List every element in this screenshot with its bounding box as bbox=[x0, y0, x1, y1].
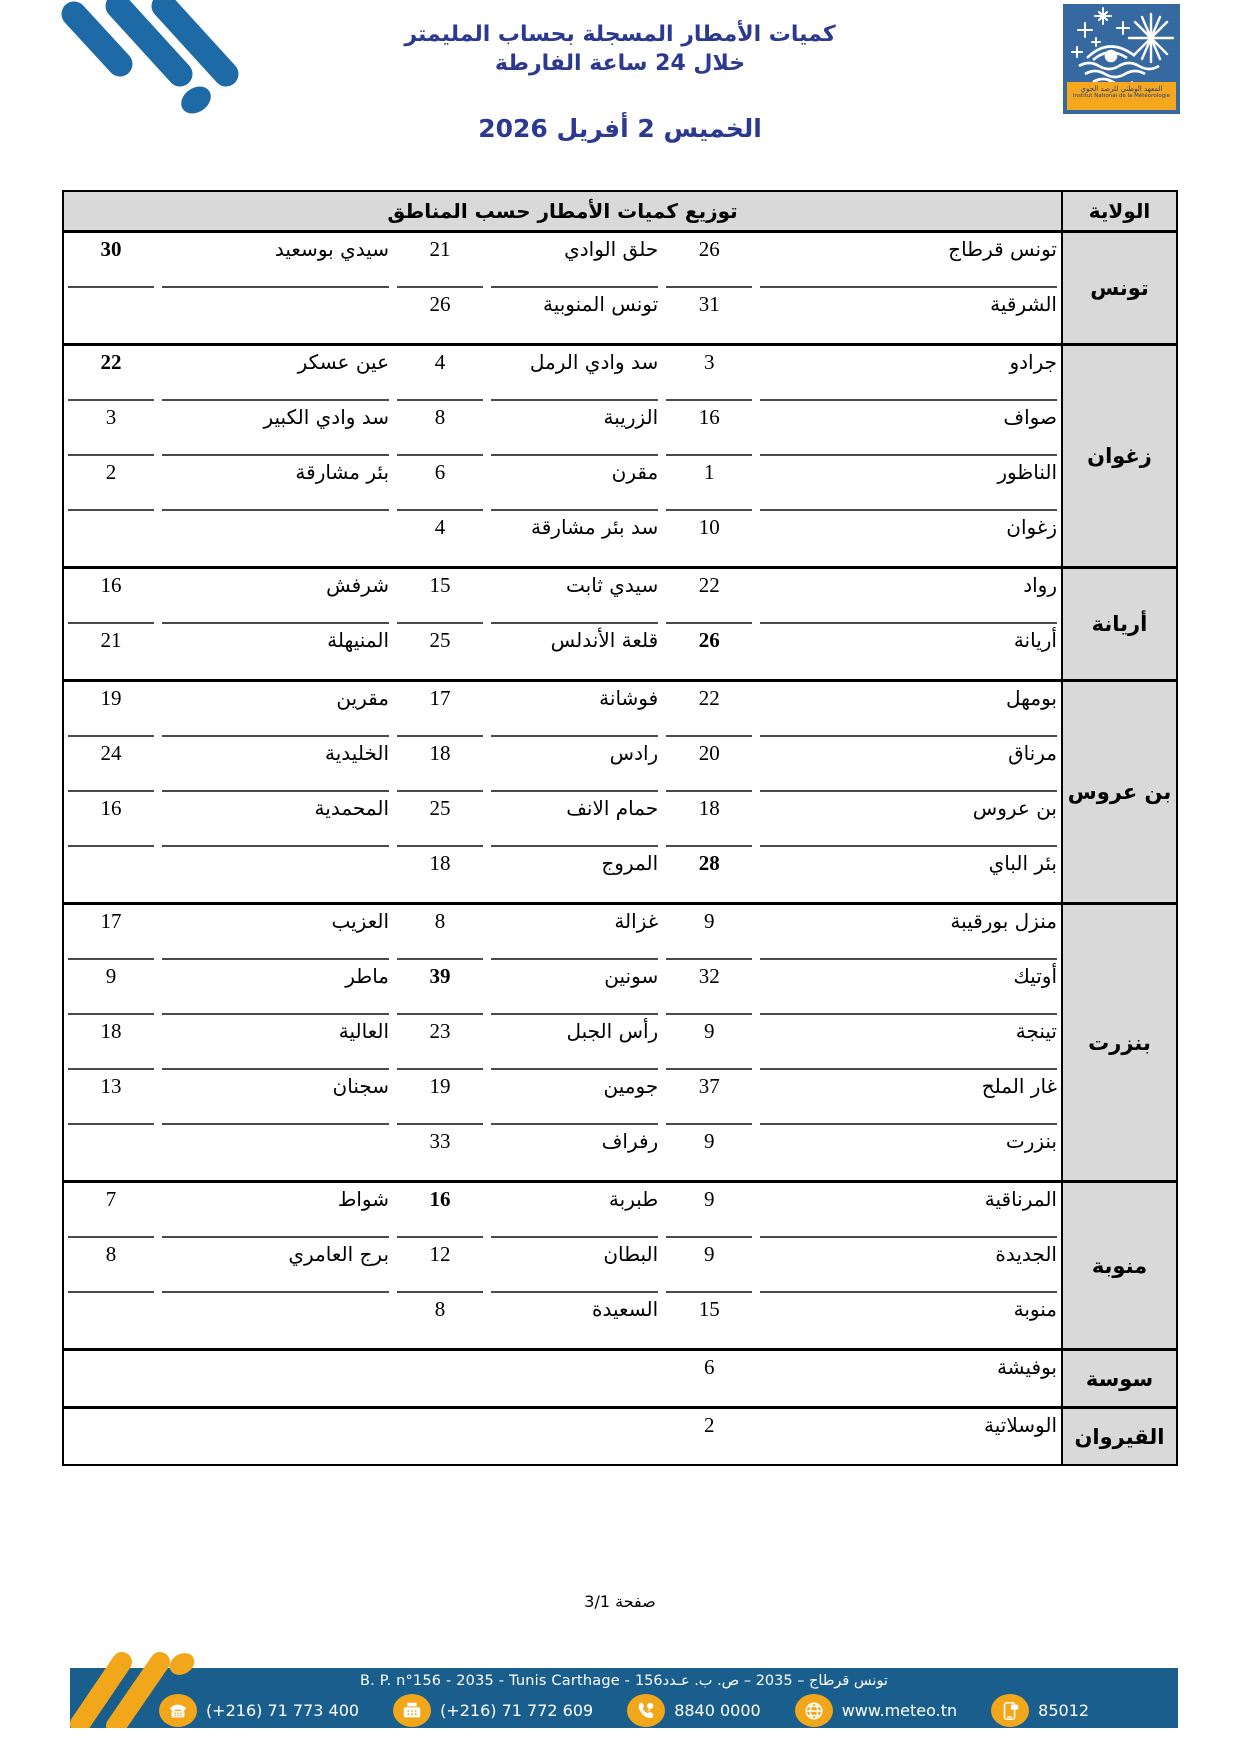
table-row: الناظور1مقرن6بئر مشارقة2 bbox=[64, 456, 1061, 511]
rain-value: 9 bbox=[68, 960, 154, 1015]
rain-value: 18 bbox=[397, 737, 483, 792]
table-row: الوسلاتية2 bbox=[64, 1409, 1061, 1464]
station-pair: غار الملح37 bbox=[662, 1070, 1061, 1125]
table-row: بنزرت9رفراف33 bbox=[64, 1125, 1061, 1180]
table-row: بومهل22فوشانة17مقرين19 bbox=[64, 682, 1061, 737]
station-name: غزالة bbox=[491, 905, 658, 960]
station-name: رفراف bbox=[491, 1125, 658, 1180]
contact-fax-text: (+216) 71 772 609 bbox=[440, 1701, 593, 1720]
rain-value: 12 bbox=[397, 1238, 483, 1293]
station-name: المحمدية bbox=[162, 792, 389, 847]
station-pair: برج العامري8 bbox=[64, 1238, 393, 1293]
station-name: المنيهلة bbox=[162, 624, 389, 679]
station-name: الجديدة bbox=[760, 1238, 1057, 1293]
station-name: قلعة الأندلس bbox=[491, 624, 658, 679]
table-row: منزل بورقيبة9غزالة8العزيب17 bbox=[64, 905, 1061, 960]
station-name bbox=[491, 1351, 658, 1406]
rain-value: 13 bbox=[68, 1070, 154, 1125]
station-pair: أريانة26 bbox=[662, 624, 1061, 679]
station-name: شرفش bbox=[162, 569, 389, 624]
governorate-cell: القيروان bbox=[1061, 1409, 1176, 1464]
station-pair: المحمدية16 bbox=[64, 792, 393, 847]
rain-value: 8 bbox=[397, 401, 483, 456]
rainfall-table: الولاية توزيع كميات الأمطار حسب المناطق … bbox=[62, 190, 1178, 1466]
table-row: بوفيشة6 bbox=[64, 1351, 1061, 1406]
station-name: تونس قرطاج bbox=[760, 233, 1057, 288]
station-name: العالية bbox=[162, 1015, 389, 1070]
rain-value: 1 bbox=[666, 456, 752, 511]
table-row: صواف16الزريبة8سد وادي الكبير3 bbox=[64, 401, 1061, 456]
station-name: سجنان bbox=[162, 1070, 389, 1125]
station-name bbox=[162, 1125, 389, 1180]
sms-icon bbox=[991, 1694, 1029, 1727]
rain-value: 15 bbox=[397, 569, 483, 624]
station-name: أوتيك bbox=[760, 960, 1057, 1015]
rain-value: 17 bbox=[68, 905, 154, 960]
station-name: عين عسكر bbox=[162, 346, 389, 401]
station-name: تونس المنوبية bbox=[491, 288, 658, 343]
station-name: رادس bbox=[491, 737, 658, 792]
station-pair bbox=[393, 1351, 662, 1406]
table-row: رواد22سيدي ثابت15شرفش16 bbox=[64, 569, 1061, 624]
document-page: كميات الأمطار المسجلة بحساب المليمتر خلا… bbox=[0, 0, 1240, 1754]
station-pair: ماطر9 bbox=[64, 960, 393, 1015]
station-pair: بومهل22 bbox=[662, 682, 1061, 737]
rain-value: 4 bbox=[397, 511, 483, 566]
station-name bbox=[491, 1409, 658, 1464]
rain-value: 10 bbox=[666, 511, 752, 566]
table-group: منوبةالمرناقية9طبربة16شواط7الجديدة9البطا… bbox=[64, 1183, 1176, 1351]
governorate-cell: سوسة bbox=[1061, 1351, 1176, 1406]
station-name: سد بئر مشارقة bbox=[491, 511, 658, 566]
rain-value bbox=[68, 288, 154, 343]
rain-value: 18 bbox=[397, 847, 483, 902]
table-row: زغوان10سد بئر مشارقة4 bbox=[64, 511, 1061, 566]
table-row: أوتيك32سونين39ماطر9 bbox=[64, 960, 1061, 1015]
rain-value: 24 bbox=[68, 737, 154, 792]
inm-logo-band: المعهد الوطني للرصد الجوي Institut Natio… bbox=[1067, 82, 1176, 110]
station-pair: الناظور1 bbox=[662, 456, 1061, 511]
station-pair: صواف16 bbox=[662, 401, 1061, 456]
station-name: بومهل bbox=[760, 682, 1057, 737]
rain-value: 6 bbox=[397, 456, 483, 511]
rain-value: 16 bbox=[397, 1183, 483, 1238]
station-name: سونين bbox=[491, 960, 658, 1015]
rain-value: 3 bbox=[666, 346, 752, 401]
station-name: الزريبة bbox=[491, 401, 658, 456]
rain-value: 9 bbox=[666, 905, 752, 960]
table-group: بن عروسبومهل22فوشانة17مقرين19مرناق20رادس… bbox=[64, 682, 1176, 905]
contact-phone-text: (+216) 71 773 400 bbox=[206, 1701, 359, 1720]
contact-web-text: www.meteo.tn bbox=[842, 1701, 957, 1720]
table-header-row: الولاية توزيع كميات الأمطار حسب المناطق bbox=[64, 192, 1176, 233]
rain-value bbox=[68, 847, 154, 902]
group-rows: جرادو3سد وادي الرمل4عين عسكر22صواف16الزر… bbox=[64, 346, 1061, 566]
station-name: جرادو bbox=[760, 346, 1057, 401]
station-name: شواط bbox=[162, 1183, 389, 1238]
station-name: منزل بورقيبة bbox=[760, 905, 1057, 960]
table-row: بن عروس18حمام الانف25المحمدية16 bbox=[64, 792, 1061, 847]
fax-icon bbox=[393, 1694, 431, 1727]
station-name: فوشانة bbox=[491, 682, 658, 737]
station-name: الوسلاتية bbox=[760, 1409, 1057, 1464]
station-pair: طبربة16 bbox=[393, 1183, 662, 1238]
rain-value: 21 bbox=[68, 624, 154, 679]
governorate-cell: منوبة bbox=[1061, 1183, 1176, 1348]
rain-value: 30 bbox=[68, 233, 154, 288]
station-pair: تونس قرطاج26 bbox=[662, 233, 1061, 288]
rain-value: 26 bbox=[666, 624, 752, 679]
rain-value: 28 bbox=[666, 847, 752, 902]
station-pair: البطان12 bbox=[393, 1238, 662, 1293]
rain-value: 4 bbox=[397, 346, 483, 401]
governorate-column-header: الولاية bbox=[1061, 192, 1176, 230]
contact-fax: (+216) 71 772 609 bbox=[393, 1694, 593, 1727]
rain-value bbox=[68, 1125, 154, 1180]
station-name: رأس الجبل bbox=[491, 1015, 658, 1070]
group-rows: تونس قرطاج26حلق الوادي21سيدي بوسعيد30الش… bbox=[64, 233, 1061, 343]
station-name: أريانة bbox=[760, 624, 1057, 679]
rain-value: 8 bbox=[68, 1238, 154, 1293]
rain-value: 33 bbox=[397, 1125, 483, 1180]
station-pair: منزل بورقيبة9 bbox=[662, 905, 1061, 960]
page-number: صفحة 3/1 bbox=[0, 1592, 1240, 1611]
rain-value: 9 bbox=[666, 1183, 752, 1238]
rain-value bbox=[397, 1409, 483, 1464]
station-name: سيدي بوسعيد bbox=[162, 233, 389, 288]
rain-value: 22 bbox=[68, 346, 154, 401]
table-row: الجديدة9البطان12برج العامري8 bbox=[64, 1238, 1061, 1293]
station-name: بن عروس bbox=[760, 792, 1057, 847]
rain-value: 16 bbox=[666, 401, 752, 456]
rain-value: 7 bbox=[68, 1183, 154, 1238]
station-name: ماطر bbox=[162, 960, 389, 1015]
rain-value bbox=[68, 1293, 154, 1348]
rain-value: 8 bbox=[397, 1293, 483, 1348]
station-name: سد وادي الرمل bbox=[491, 346, 658, 401]
table-group: بنزرتمنزل بورقيبة9غزالة8العزيب17أوتيك32س… bbox=[64, 905, 1176, 1183]
station-pair bbox=[393, 1409, 662, 1464]
rain-value: 23 bbox=[397, 1015, 483, 1070]
station-name: برج العامري bbox=[162, 1238, 389, 1293]
group-rows: المرناقية9طبربة16شواط7الجديدة9البطان12بر… bbox=[64, 1183, 1061, 1348]
station-name: مقرن bbox=[491, 456, 658, 511]
rain-value: 17 bbox=[397, 682, 483, 737]
rain-value: 9 bbox=[666, 1125, 752, 1180]
contact-sms: 85012 bbox=[991, 1694, 1089, 1727]
station-pair: زغوان10 bbox=[662, 511, 1061, 566]
station-pair: سد وادي الكبير3 bbox=[64, 401, 393, 456]
rain-value: 25 bbox=[397, 624, 483, 679]
station-pair: أوتيك32 bbox=[662, 960, 1061, 1015]
station-name: الناظور bbox=[760, 456, 1057, 511]
table-group: سوسةبوفيشة6 bbox=[64, 1351, 1176, 1409]
inm-logo-art-icon bbox=[1063, 4, 1180, 86]
footer-bar: B. P. n°156 - 2035 - Tunis Carthage - تو… bbox=[70, 1668, 1178, 1728]
station-pair: رأس الجبل23 bbox=[393, 1015, 662, 1070]
station-pair: جرادو3 bbox=[662, 346, 1061, 401]
governorate-cell: تونس bbox=[1061, 233, 1176, 343]
station-pair: الزريبة8 bbox=[393, 401, 662, 456]
governorate-cell: أريانة bbox=[1061, 569, 1176, 679]
station-pair: بن عروس18 bbox=[662, 792, 1061, 847]
regions-column-header: توزيع كميات الأمطار حسب المناطق bbox=[64, 192, 1061, 230]
station-name bbox=[162, 1293, 389, 1348]
address-line: B. P. n°156 - 2035 - Tunis Carthage - تو… bbox=[70, 1668, 1178, 1689]
table-row: مرناق20رادس18الخليدية24 bbox=[64, 737, 1061, 792]
rain-value: 3 bbox=[68, 401, 154, 456]
station-pair: رواد22 bbox=[662, 569, 1061, 624]
group-rows: منزل بورقيبة9غزالة8العزيب17أوتيك32سونين3… bbox=[64, 905, 1061, 1180]
station-name: سيدي ثابت bbox=[491, 569, 658, 624]
inm-caption-fr: Institut National de la Météorologie bbox=[1067, 93, 1176, 99]
rain-value: 31 bbox=[666, 288, 752, 343]
rain-value: 21 bbox=[397, 233, 483, 288]
station-pair: سيدي ثابت15 bbox=[393, 569, 662, 624]
table-row: أريانة26قلعة الأندلس25المنيهلة21 bbox=[64, 624, 1061, 679]
rain-value: 20 bbox=[666, 737, 752, 792]
group-rows: الوسلاتية2 bbox=[64, 1409, 1061, 1464]
station-pair: بوفيشة6 bbox=[662, 1351, 1061, 1406]
station-pair: سيدي بوسعيد30 bbox=[64, 233, 393, 288]
table-body: تونستونس قرطاج26حلق الوادي21سيدي بوسعيد3… bbox=[64, 233, 1176, 1464]
rain-value: 25 bbox=[397, 792, 483, 847]
station-pair: حمام الانف25 bbox=[393, 792, 662, 847]
station-pair bbox=[64, 847, 393, 902]
group-rows: بوفيشة6 bbox=[64, 1351, 1061, 1406]
station-pair: سجنان13 bbox=[64, 1070, 393, 1125]
station-name: بئر مشارقة bbox=[162, 456, 389, 511]
rain-value: 22 bbox=[666, 569, 752, 624]
rain-value: 18 bbox=[68, 1015, 154, 1070]
station-name: تينجة bbox=[760, 1015, 1057, 1070]
station-pair: المنيهلة21 bbox=[64, 624, 393, 679]
station-pair: حلق الوادي21 bbox=[393, 233, 662, 288]
station-name: طبربة bbox=[491, 1183, 658, 1238]
station-pair: شرفش16 bbox=[64, 569, 393, 624]
rain-value bbox=[68, 511, 154, 566]
contact-call-text: 8840 0000 bbox=[674, 1701, 761, 1720]
globe-icon bbox=[795, 1694, 833, 1727]
rain-value: 19 bbox=[68, 682, 154, 737]
station-name: سد وادي الكبير bbox=[162, 401, 389, 456]
station-pair: بئر الباي28 bbox=[662, 847, 1061, 902]
station-pair bbox=[64, 511, 393, 566]
rain-value: 9 bbox=[666, 1015, 752, 1070]
rain-value: 19 bbox=[397, 1070, 483, 1125]
station-pair: السعيدة8 bbox=[393, 1293, 662, 1348]
station-name bbox=[162, 511, 389, 566]
station-name: غار الملح bbox=[760, 1070, 1057, 1125]
station-pair: الجديدة9 bbox=[662, 1238, 1061, 1293]
station-name: حلق الوادي bbox=[491, 233, 658, 288]
station-pair: سد بئر مشارقة4 bbox=[393, 511, 662, 566]
station-pair: شواط7 bbox=[64, 1183, 393, 1238]
station-name: المرناقية bbox=[760, 1183, 1057, 1238]
station-pair: سونين39 bbox=[393, 960, 662, 1015]
station-pair: فوشانة17 bbox=[393, 682, 662, 737]
rain-value: 16 bbox=[68, 792, 154, 847]
table-group: القيروانالوسلاتية2 bbox=[64, 1409, 1176, 1464]
station-name: العزيب bbox=[162, 905, 389, 960]
station-name: بئر الباي bbox=[760, 847, 1057, 902]
station-pair: العالية18 bbox=[64, 1015, 393, 1070]
station-pair: الشرقية31 bbox=[662, 288, 1061, 343]
table-group: تونستونس قرطاج26حلق الوادي21سيدي بوسعيد3… bbox=[64, 233, 1176, 346]
footer-stripes-icon bbox=[64, 1648, 214, 1728]
station-name: المروج bbox=[491, 847, 658, 902]
inm-caption-ar: المعهد الوطني للرصد الجوي bbox=[1067, 85, 1176, 93]
station-pair: غزالة8 bbox=[393, 905, 662, 960]
contact-sms-text: 85012 bbox=[1038, 1701, 1089, 1720]
station-name: الشرقية bbox=[760, 288, 1057, 343]
station-name: مقرين bbox=[162, 682, 389, 737]
station-pair bbox=[64, 1125, 393, 1180]
station-pair: المروج18 bbox=[393, 847, 662, 902]
station-name: جومين bbox=[491, 1070, 658, 1125]
rain-value bbox=[68, 1351, 154, 1406]
table-row: غار الملح37جومين19سجنان13 bbox=[64, 1070, 1061, 1125]
station-name: بنزرت bbox=[760, 1125, 1057, 1180]
station-pair: عين عسكر22 bbox=[64, 346, 393, 401]
station-name: الخليدية bbox=[162, 737, 389, 792]
station-name: حمام الانف bbox=[491, 792, 658, 847]
station-pair: المرناقية9 bbox=[662, 1183, 1061, 1238]
station-pair: مرناق20 bbox=[662, 737, 1061, 792]
station-name bbox=[162, 288, 389, 343]
inm-logo: المعهد الوطني للرصد الجوي Institut Natio… bbox=[1063, 4, 1180, 114]
governorate-cell: بنزرت bbox=[1061, 905, 1176, 1180]
report-title: كميات الأمطار المسجلة بحساب المليمتر خلا… bbox=[0, 20, 1240, 78]
rain-value: 32 bbox=[666, 960, 752, 1015]
station-pair: بئر مشارقة2 bbox=[64, 456, 393, 511]
station-pair: جومين19 bbox=[393, 1070, 662, 1125]
report-title-line2: خلال 24 ساعة الفارطة bbox=[0, 49, 1240, 78]
station-pair bbox=[64, 1351, 393, 1406]
table-group: زغوانجرادو3سد وادي الرمل4عين عسكر22صواف1… bbox=[64, 346, 1176, 569]
station-name: زغوان bbox=[760, 511, 1057, 566]
rain-value: 26 bbox=[666, 233, 752, 288]
table-row: منوبة15السعيدة8 bbox=[64, 1293, 1061, 1348]
station-pair: رفراف33 bbox=[393, 1125, 662, 1180]
rain-value: 37 bbox=[666, 1070, 752, 1125]
rain-value: 18 bbox=[666, 792, 752, 847]
station-pair: مقرين19 bbox=[64, 682, 393, 737]
station-name: السعيدة bbox=[491, 1293, 658, 1348]
rain-value bbox=[397, 1351, 483, 1406]
station-pair bbox=[64, 1409, 393, 1464]
rain-value: 39 bbox=[397, 960, 483, 1015]
group-rows: بومهل22فوشانة17مقرين19مرناق20رادس18الخلي… bbox=[64, 682, 1061, 902]
station-name bbox=[162, 1409, 389, 1464]
station-name bbox=[162, 847, 389, 902]
station-pair: تينجة9 bbox=[662, 1015, 1061, 1070]
rain-value: 2 bbox=[68, 456, 154, 511]
contact-web: www.meteo.tn bbox=[795, 1694, 957, 1727]
rain-value: 2 bbox=[666, 1409, 752, 1464]
table-group: أريانةرواد22سيدي ثابت15شرفش16أريانة26قلع… bbox=[64, 569, 1176, 682]
station-name: صواف bbox=[760, 401, 1057, 456]
table-row: الشرقية31تونس المنوبية26 bbox=[64, 288, 1061, 343]
rain-value: 15 bbox=[666, 1293, 752, 1348]
governorate-cell: بن عروس bbox=[1061, 682, 1176, 902]
rain-value: 26 bbox=[397, 288, 483, 343]
station-pair: مقرن6 bbox=[393, 456, 662, 511]
contact-list: (+216) 71 773 400 (+216) 71 772 609 bbox=[70, 1694, 1178, 1727]
report-title-line1: كميات الأمطار المسجلة بحساب المليمتر bbox=[0, 20, 1240, 49]
station-pair: بنزرت9 bbox=[662, 1125, 1061, 1180]
station-name: رواد bbox=[760, 569, 1057, 624]
rain-value: 22 bbox=[666, 682, 752, 737]
station-pair: قلعة الأندلس25 bbox=[393, 624, 662, 679]
contact-call: 8840 0000 bbox=[627, 1694, 761, 1727]
station-name: منوبة bbox=[760, 1293, 1057, 1348]
station-pair: تونس المنوبية26 bbox=[393, 288, 662, 343]
station-pair: الوسلاتية2 bbox=[662, 1409, 1061, 1464]
station-name bbox=[162, 1351, 389, 1406]
station-pair bbox=[64, 288, 393, 343]
station-name: بوفيشة bbox=[760, 1351, 1057, 1406]
station-pair: الخليدية24 bbox=[64, 737, 393, 792]
table-row: جرادو3سد وادي الرمل4عين عسكر22 bbox=[64, 346, 1061, 401]
rain-value bbox=[68, 1409, 154, 1464]
station-pair: العزيب17 bbox=[64, 905, 393, 960]
rain-value: 16 bbox=[68, 569, 154, 624]
table-row: تونس قرطاج26حلق الوادي21سيدي بوسعيد30 bbox=[64, 233, 1061, 288]
table-row: تينجة9رأس الجبل23العالية18 bbox=[64, 1015, 1061, 1070]
table-row: بئر الباي28المروج18 bbox=[64, 847, 1061, 902]
station-pair: منوبة15 bbox=[662, 1293, 1061, 1348]
governorate-cell: زغوان bbox=[1061, 346, 1176, 566]
rain-value: 6 bbox=[666, 1351, 752, 1406]
station-pair: سد وادي الرمل4 bbox=[393, 346, 662, 401]
report-date: الخميس 2 أفريل 2026 bbox=[0, 114, 1240, 143]
station-pair: رادس18 bbox=[393, 737, 662, 792]
rain-value: 9 bbox=[666, 1238, 752, 1293]
station-name: البطان bbox=[491, 1238, 658, 1293]
call-icon bbox=[627, 1694, 665, 1727]
group-rows: رواد22سيدي ثابت15شرفش16أريانة26قلعة الأن… bbox=[64, 569, 1061, 679]
rain-value: 8 bbox=[397, 905, 483, 960]
station-name: مرناق bbox=[760, 737, 1057, 792]
station-pair bbox=[64, 1293, 393, 1348]
table-row: المرناقية9طبربة16شواط7 bbox=[64, 1183, 1061, 1238]
